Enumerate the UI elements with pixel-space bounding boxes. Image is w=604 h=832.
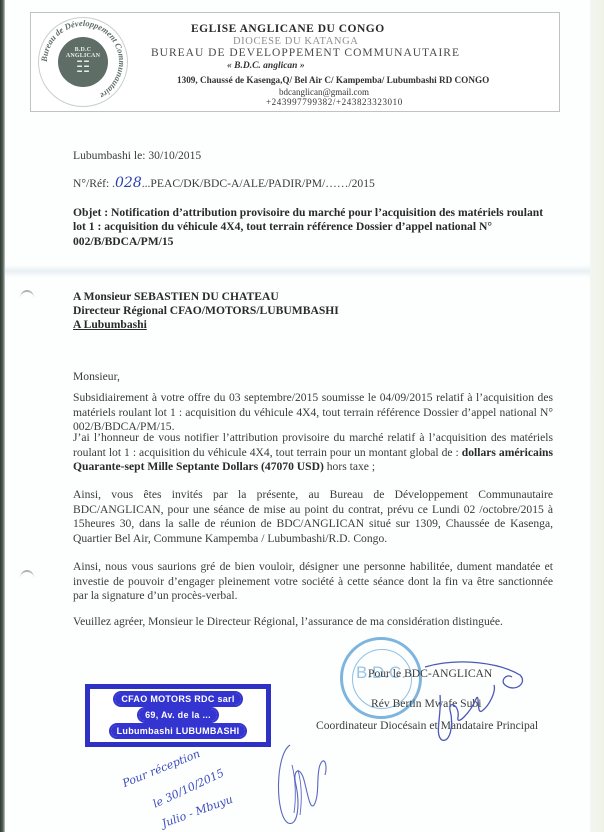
- paragraph-offer: Subsidiairement à votre offre du 03 sept…: [73, 391, 553, 435]
- receiver-signature-icon: [270, 735, 330, 830]
- amount-suffix: hors taxe ;: [324, 460, 375, 473]
- address: 1309, Chaussé de Kasenga,Q/ Bel Air C/ K…: [177, 75, 489, 85]
- recipient-title: Directeur Régional CFAO/MOTORS/LUBUMBASH…: [73, 304, 553, 318]
- ref-prefix: N°/Réf: .: [73, 177, 115, 190]
- subject-line: Objet : Notification d’attribution provi…: [73, 206, 558, 249]
- receipt-stamp-line: CFAO MOTORS RDC sarl: [115, 693, 240, 705]
- diocese-name: DIOCESE DU KATANGA: [233, 36, 358, 47]
- letterhead: Bureau de Développement Communautaire B.…: [30, 12, 560, 112]
- scan-right-edge: [590, 0, 604, 832]
- short-name: « B.D.C. anglican »: [227, 61, 305, 71]
- salutation: Monsieur,: [73, 370, 553, 385]
- letter-date: Lubumbashi le: 30/10/2015: [73, 149, 553, 164]
- paragraph-notification: J’ai l’honneur de vous notifier l’attrib…: [73, 431, 553, 475]
- recipient-city: A Lubumbashi: [73, 318, 553, 332]
- punch-hole-icon: [20, 570, 34, 586]
- reference-number: N°/Réf: .028...PEAC/DK/BDC-A/ALE/PADIR/P…: [73, 176, 553, 192]
- recipient-block: A Monsieur SEBASTIEN DU CHATEAU Directeu…: [73, 290, 553, 332]
- scan-left-edge: [0, 0, 5, 832]
- receipt-stamp-line: Lubumbashi LUBUMBASHI: [111, 725, 246, 737]
- paragraph-closing: Veuillez agréer, Monsieur le Directeur R…: [73, 615, 553, 630]
- church-name: EGLISE ANGLICANE DU CONGO: [191, 23, 385, 35]
- logo-center: B.D.C ANGLICAN ☷: [58, 37, 108, 87]
- bureau-name: BUREAU DE DEVELOPPEMENT COMMUNAUTAIRE: [151, 47, 460, 59]
- people-figures-icon: ☷: [58, 59, 108, 77]
- handwritten-signature-icon: [420, 655, 530, 745]
- logo-center-text: B.D.C ANGLICAN: [58, 47, 108, 59]
- phones: +243997799382/+243823323010: [266, 97, 403, 107]
- email: bdcanglican@gmail.com: [279, 87, 369, 97]
- recipient-name: A Monsieur SEBASTIEN DU CHATEAU: [73, 290, 553, 304]
- scan-artifact-band: [5, 265, 590, 277]
- paragraph-invitation: Ainsi, vous êtes invités par la présente…: [73, 488, 553, 546]
- paragraph-designation: Ainsi, nous vous saurions gré de bien vo…: [73, 560, 553, 604]
- receipt-stamp-line: 69, Av. de la ...: [139, 709, 217, 721]
- receipt-stamp: CFAO MOTORS RDC sarl 69, Av. de la ... L…: [85, 684, 271, 747]
- ref-suffix: ...PEAC/DK/BDC-A/ALE/PADIR/PM/……/2015: [142, 177, 375, 190]
- ref-handwritten-number: 028: [115, 175, 142, 191]
- punch-hole-icon: [20, 290, 34, 306]
- bdc-logo: Bureau de Développement Communautaire B.…: [38, 17, 128, 107]
